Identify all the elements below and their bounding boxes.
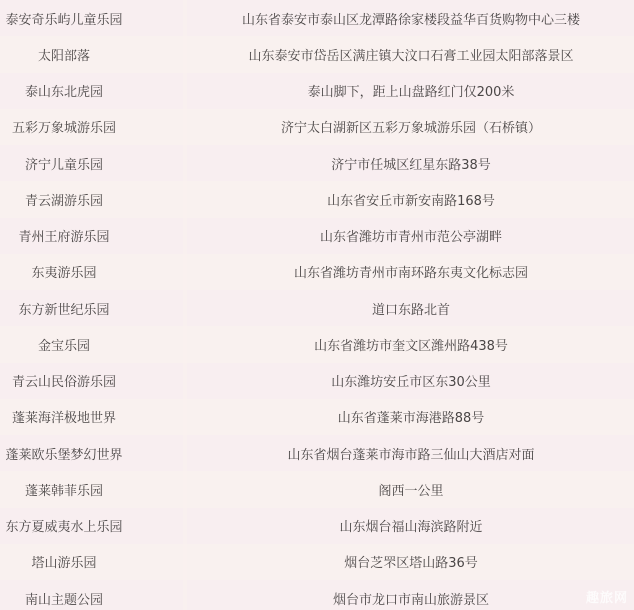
park-address-cell: 泰山脚下，距上山盘路红门仅200米 (128, 73, 634, 109)
park-name-cell: 青云湖游乐园 (0, 181, 128, 217)
park-address-cell: 山东省潍坊市青州市范公亭湖畔 (128, 218, 634, 254)
park-address-cell: 山东省安丘市新安南路168号 (128, 181, 634, 217)
park-name-cell: 青州王府游乐园 (0, 218, 128, 254)
park-name-cell: 五彩万象城游乐园 (0, 109, 128, 145)
column-divider (183, 0, 187, 610)
park-name-cell: 南山主题公园 (0, 580, 128, 610)
park-name-cell: 蓬莱海洋极地世界 (0, 399, 128, 435)
park-name-cell: 蓬莱欧乐堡梦幻世界 (0, 435, 128, 471)
park-name-cell: 太阳部落 (0, 36, 128, 72)
park-address-cell: 烟台芝罘区塔山路36号 (128, 544, 634, 580)
park-name-cell: 济宁儿童乐园 (0, 145, 128, 181)
table-row: 泰安奇乐屿儿童乐园 山东省泰安市泰山区龙潭路徐家楼段益华百货购物中心三楼 (0, 0, 634, 36)
watermark: 趣旅网 (586, 587, 628, 606)
table-row: 蓬莱海洋极地世界 山东省蓬莱市海港路88号 (0, 399, 634, 435)
table-row: 蓬莱韩菲乐园 阁西一公里 (0, 471, 634, 507)
table-row: 东方夏威夷水上乐园 山东烟台福山海滨路附近 (0, 508, 634, 544)
park-address-cell: 山东省蓬莱市海港路88号 (128, 399, 634, 435)
park-name-cell: 东夷游乐园 (0, 254, 128, 290)
park-address-cell: 烟台市龙口市南山旅游景区 (128, 580, 634, 610)
park-address-cell: 山东省潍坊市奎文区潍州路438号 (128, 326, 634, 362)
park-address-cell: 山东泰安市岱岳区满庄镇大汶口石膏工业园太阳部落景区 (128, 36, 634, 72)
table-row: 蓬莱欧乐堡梦幻世界 山东省烟台蓬莱市海市路三仙山大酒店对面 (0, 435, 634, 471)
park-name-cell: 塔山游乐园 (0, 544, 128, 580)
table-row: 塔山游乐园 烟台芝罘区塔山路36号 (0, 544, 634, 580)
table-row: 青云湖游乐园 山东省安丘市新安南路168号 (0, 181, 634, 217)
table-row: 东方新世纪乐园 道口东路北首 (0, 290, 634, 326)
park-address-cell: 山东省烟台蓬莱市海市路三仙山大酒店对面 (128, 435, 634, 471)
park-name-cell: 蓬莱韩菲乐园 (0, 471, 128, 507)
table-row: 东夷游乐园 山东省潍坊青州市南环路东夷文化标志园 (0, 254, 634, 290)
park-address-cell: 济宁市任城区红星东路38号 (128, 145, 634, 181)
table-row: 太阳部落 山东泰安市岱岳区满庄镇大汶口石膏工业园太阳部落景区 (0, 36, 634, 72)
park-address-cell: 济宁太白湖新区五彩万象城游乐园（石桥镇） (128, 109, 634, 145)
table-row: 南山主题公园 烟台市龙口市南山旅游景区 (0, 580, 634, 610)
table-row: 金宝乐园 山东省潍坊市奎文区潍州路438号 (0, 326, 634, 362)
park-name-cell: 东方夏威夷水上乐园 (0, 508, 128, 544)
park-address-cell: 山东省潍坊青州市南环路东夷文化标志园 (128, 254, 634, 290)
table-row: 五彩万象城游乐园 济宁太白湖新区五彩万象城游乐园（石桥镇） (0, 109, 634, 145)
park-address-cell: 山东省泰安市泰山区龙潭路徐家楼段益华百货购物中心三楼 (128, 0, 634, 36)
park-name-cell: 东方新世纪乐园 (0, 290, 128, 326)
park-name-cell: 青云山民俗游乐园 (0, 363, 128, 399)
table-row: 青州王府游乐园 山东省潍坊市青州市范公亭湖畔 (0, 218, 634, 254)
park-name-cell: 泰山东北虎园 (0, 73, 128, 109)
park-address-cell: 阁西一公里 (128, 471, 634, 507)
table-row: 青云山民俗游乐园 山东潍坊安丘市区东30公里 (0, 363, 634, 399)
table-row: 济宁儿童乐园 济宁市任城区红星东路38号 (0, 145, 634, 181)
park-address-cell: 山东潍坊安丘市区东30公里 (128, 363, 634, 399)
park-address-cell: 道口东路北首 (128, 290, 634, 326)
park-name-cell: 金宝乐园 (0, 326, 128, 362)
table-row: 泰山东北虎园 泰山脚下，距上山盘路红门仅200米 (0, 73, 634, 109)
park-name-cell: 泰安奇乐屿儿童乐园 (0, 0, 128, 36)
amusement-park-table: 泰安奇乐屿儿童乐园 山东省泰安市泰山区龙潭路徐家楼段益华百货购物中心三楼 太阳部… (0, 0, 634, 610)
park-address-cell: 山东烟台福山海滨路附近 (128, 508, 634, 544)
